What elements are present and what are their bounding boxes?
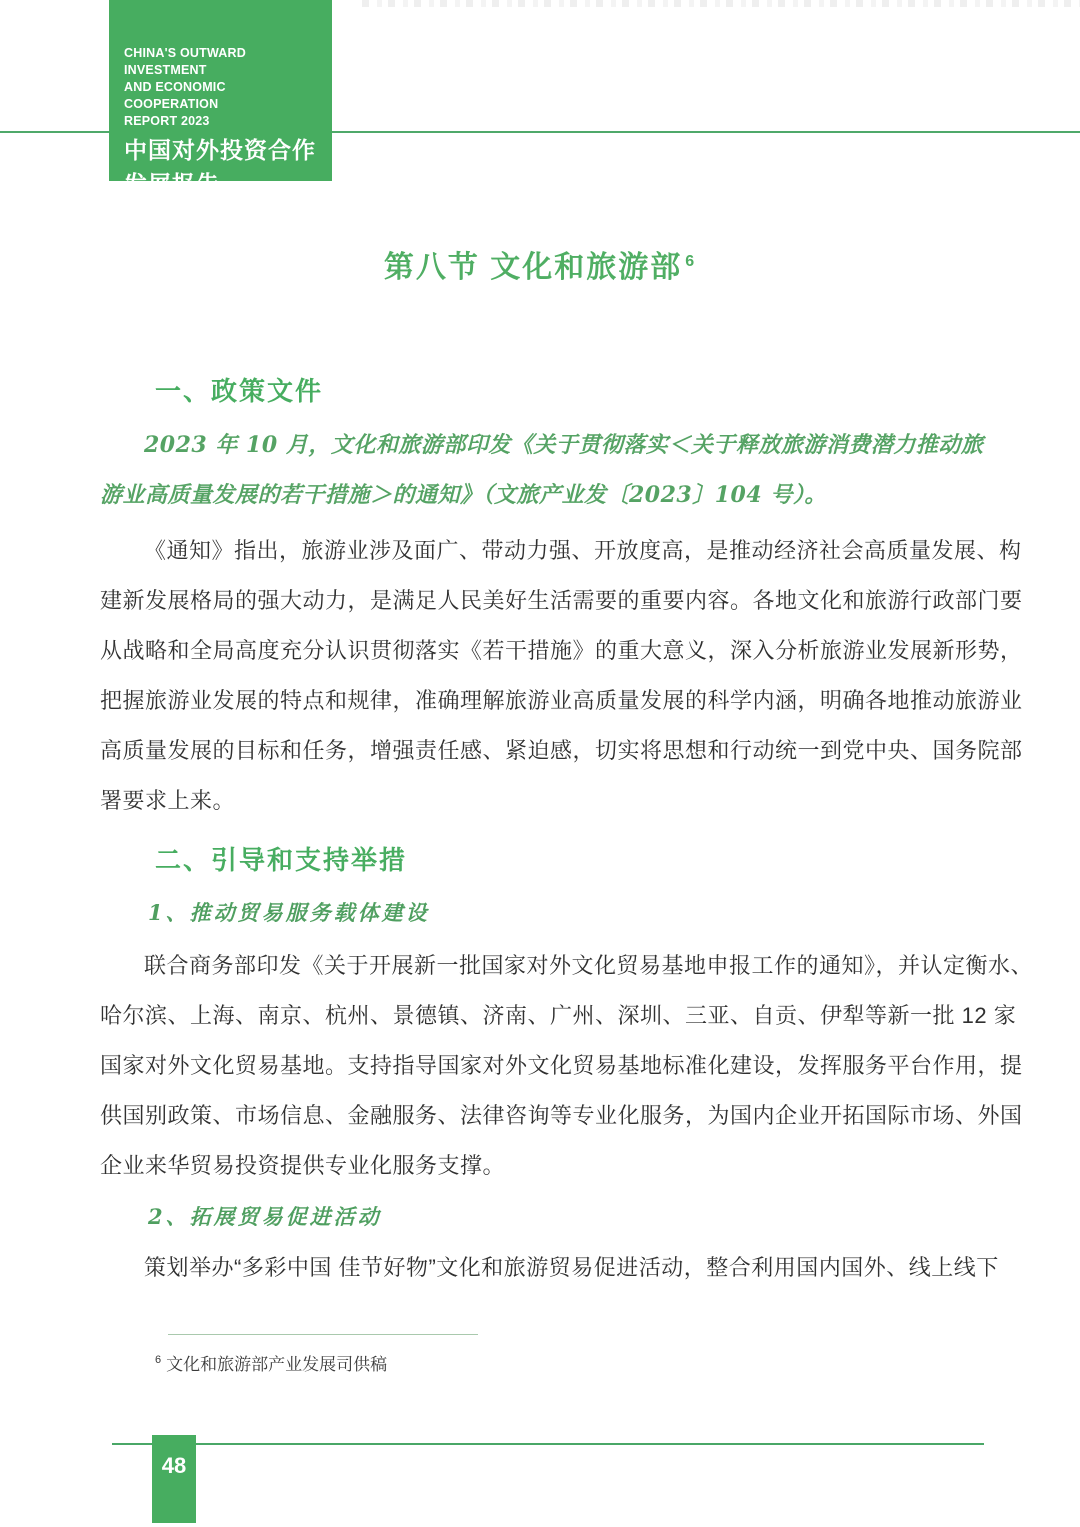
heading-guidance-support: 二、引导和支持举措 [155, 840, 407, 877]
section-title-text: 第八节 文化和旅游部 [384, 251, 682, 284]
paragraph-line: 策划举办“多彩中国 佳节好物”文化和旅游贸易促进活动，整合利用国内国外、线上线下 [100, 1243, 984, 1293]
brand-year: 2023 [124, 199, 322, 231]
subheading-trade-promotion: 2、拓展贸易促进活动 [148, 1201, 382, 1231]
paragraph-line: 2023 年 10 月，文化和旅游部印发《关于贯彻落实＜关于释放旅游消费潜力推动… [100, 420, 984, 470]
footnote-text: 文化和旅游部产业发展司供稿 [166, 1355, 387, 1374]
footer-rule [112, 1443, 984, 1445]
paragraph-line: 哈尔滨、上海、南京、杭州、景德镇、济南、广州、深圳、三亚、自贡、伊犁等新一批 1… [100, 991, 984, 1041]
paragraph-trade-bases: 联合商务部印发《关于开展新一批国家对外文化贸易基地申报工作的通知》，并认定衡水、… [100, 941, 984, 1191]
brand-block: CHINA'S OUTWARD INVESTMENT AND ECONOMIC … [109, 0, 332, 181]
brand-english-line: REPORT 2023 [124, 113, 322, 130]
footnote-divider [168, 1334, 478, 1335]
heading-policy-documents: 一、政策文件 [155, 371, 323, 408]
section-title-footnote-ref: 6 [685, 253, 696, 270]
paragraph-line: 建新发展格局的强大动力，是满足人民美好生活需要的重要内容。各地文化和旅游行政部门… [100, 576, 984, 626]
paragraph-line: 联合商务部印发《关于开展新一批国家对外文化贸易基地申报工作的通知》，并认定衡水、 [100, 941, 984, 991]
page-number-badge: 48 [152, 1435, 196, 1523]
subheading-trade-service-carriers: 1、推动贸易服务载体建设 [148, 897, 430, 927]
paragraph-line: 高质量发展的目标和任务，增强责任感、紧迫感，切实将思想和行动统一到党中央、国务院… [100, 726, 984, 776]
paragraph-notice-summary: 《通知》指出，旅游业涉及面广、带动力强、开放度高，是推动经济社会高质量发展、构 … [100, 526, 984, 826]
paragraph-line: 《通知》指出，旅游业涉及面广、带动力强、开放度高，是推动经济社会高质量发展、构 [100, 526, 984, 576]
paragraph-line: 把握旅游业发展的特点和规律，准确理解旅游业高质量发展的科学内涵，明确各地推动旅游… [100, 676, 984, 726]
paragraph-line: 游业高质量发展的若干措施＞的通知》（文旅产业发〔2023〕104 号）。 [100, 470, 984, 520]
footnote-ref: 6 [155, 1354, 161, 1366]
report-page: CHINA'S OUTWARD INVESTMENT AND ECONOMIC … [0, 0, 1080, 1527]
paragraph-line: 企业来华贸易投资提供专业化服务支撑。 [100, 1141, 984, 1191]
page-top-artifact [362, 0, 1080, 7]
brand-english-line: CHINA'S OUTWARD INVESTMENT [124, 45, 322, 79]
brand-chinese-line: 中国对外投资合作 [124, 137, 322, 164]
paragraph-promotion-activities: 策划举办“多彩中国 佳节好物”文化和旅游贸易促进活动，整合利用国内国外、线上线下 [100, 1243, 984, 1293]
footnote: 6文化和旅游部产业发展司供稿 [155, 1350, 387, 1375]
paragraph-line: 从战略和全局高度充分认识贯彻落实《若干措施》的重大意义，深入分析旅游业发展新形势… [100, 626, 984, 676]
paragraph-line: 国家对外文化贸易基地。支持指导国家对外文化贸易基地标准化建设，发挥服务平台作用，… [100, 1041, 984, 1091]
paragraph-policy-notice: 2023 年 10 月，文化和旅游部印发《关于贯彻落实＜关于释放旅游消费潜力推动… [100, 420, 984, 520]
paragraph-line: 供国别政策、市场信息、金融服务、法律咨询等专业化服务，为国内企业开拓国际市场、外… [100, 1091, 984, 1141]
paragraph-line: 署要求上来。 [100, 776, 984, 826]
section-title: 第八节 文化和旅游部6 [0, 242, 1080, 286]
brand-chinese-line: 发展报告 [124, 171, 322, 198]
brand-english-line: AND ECONOMIC COOPERATION [124, 79, 322, 113]
